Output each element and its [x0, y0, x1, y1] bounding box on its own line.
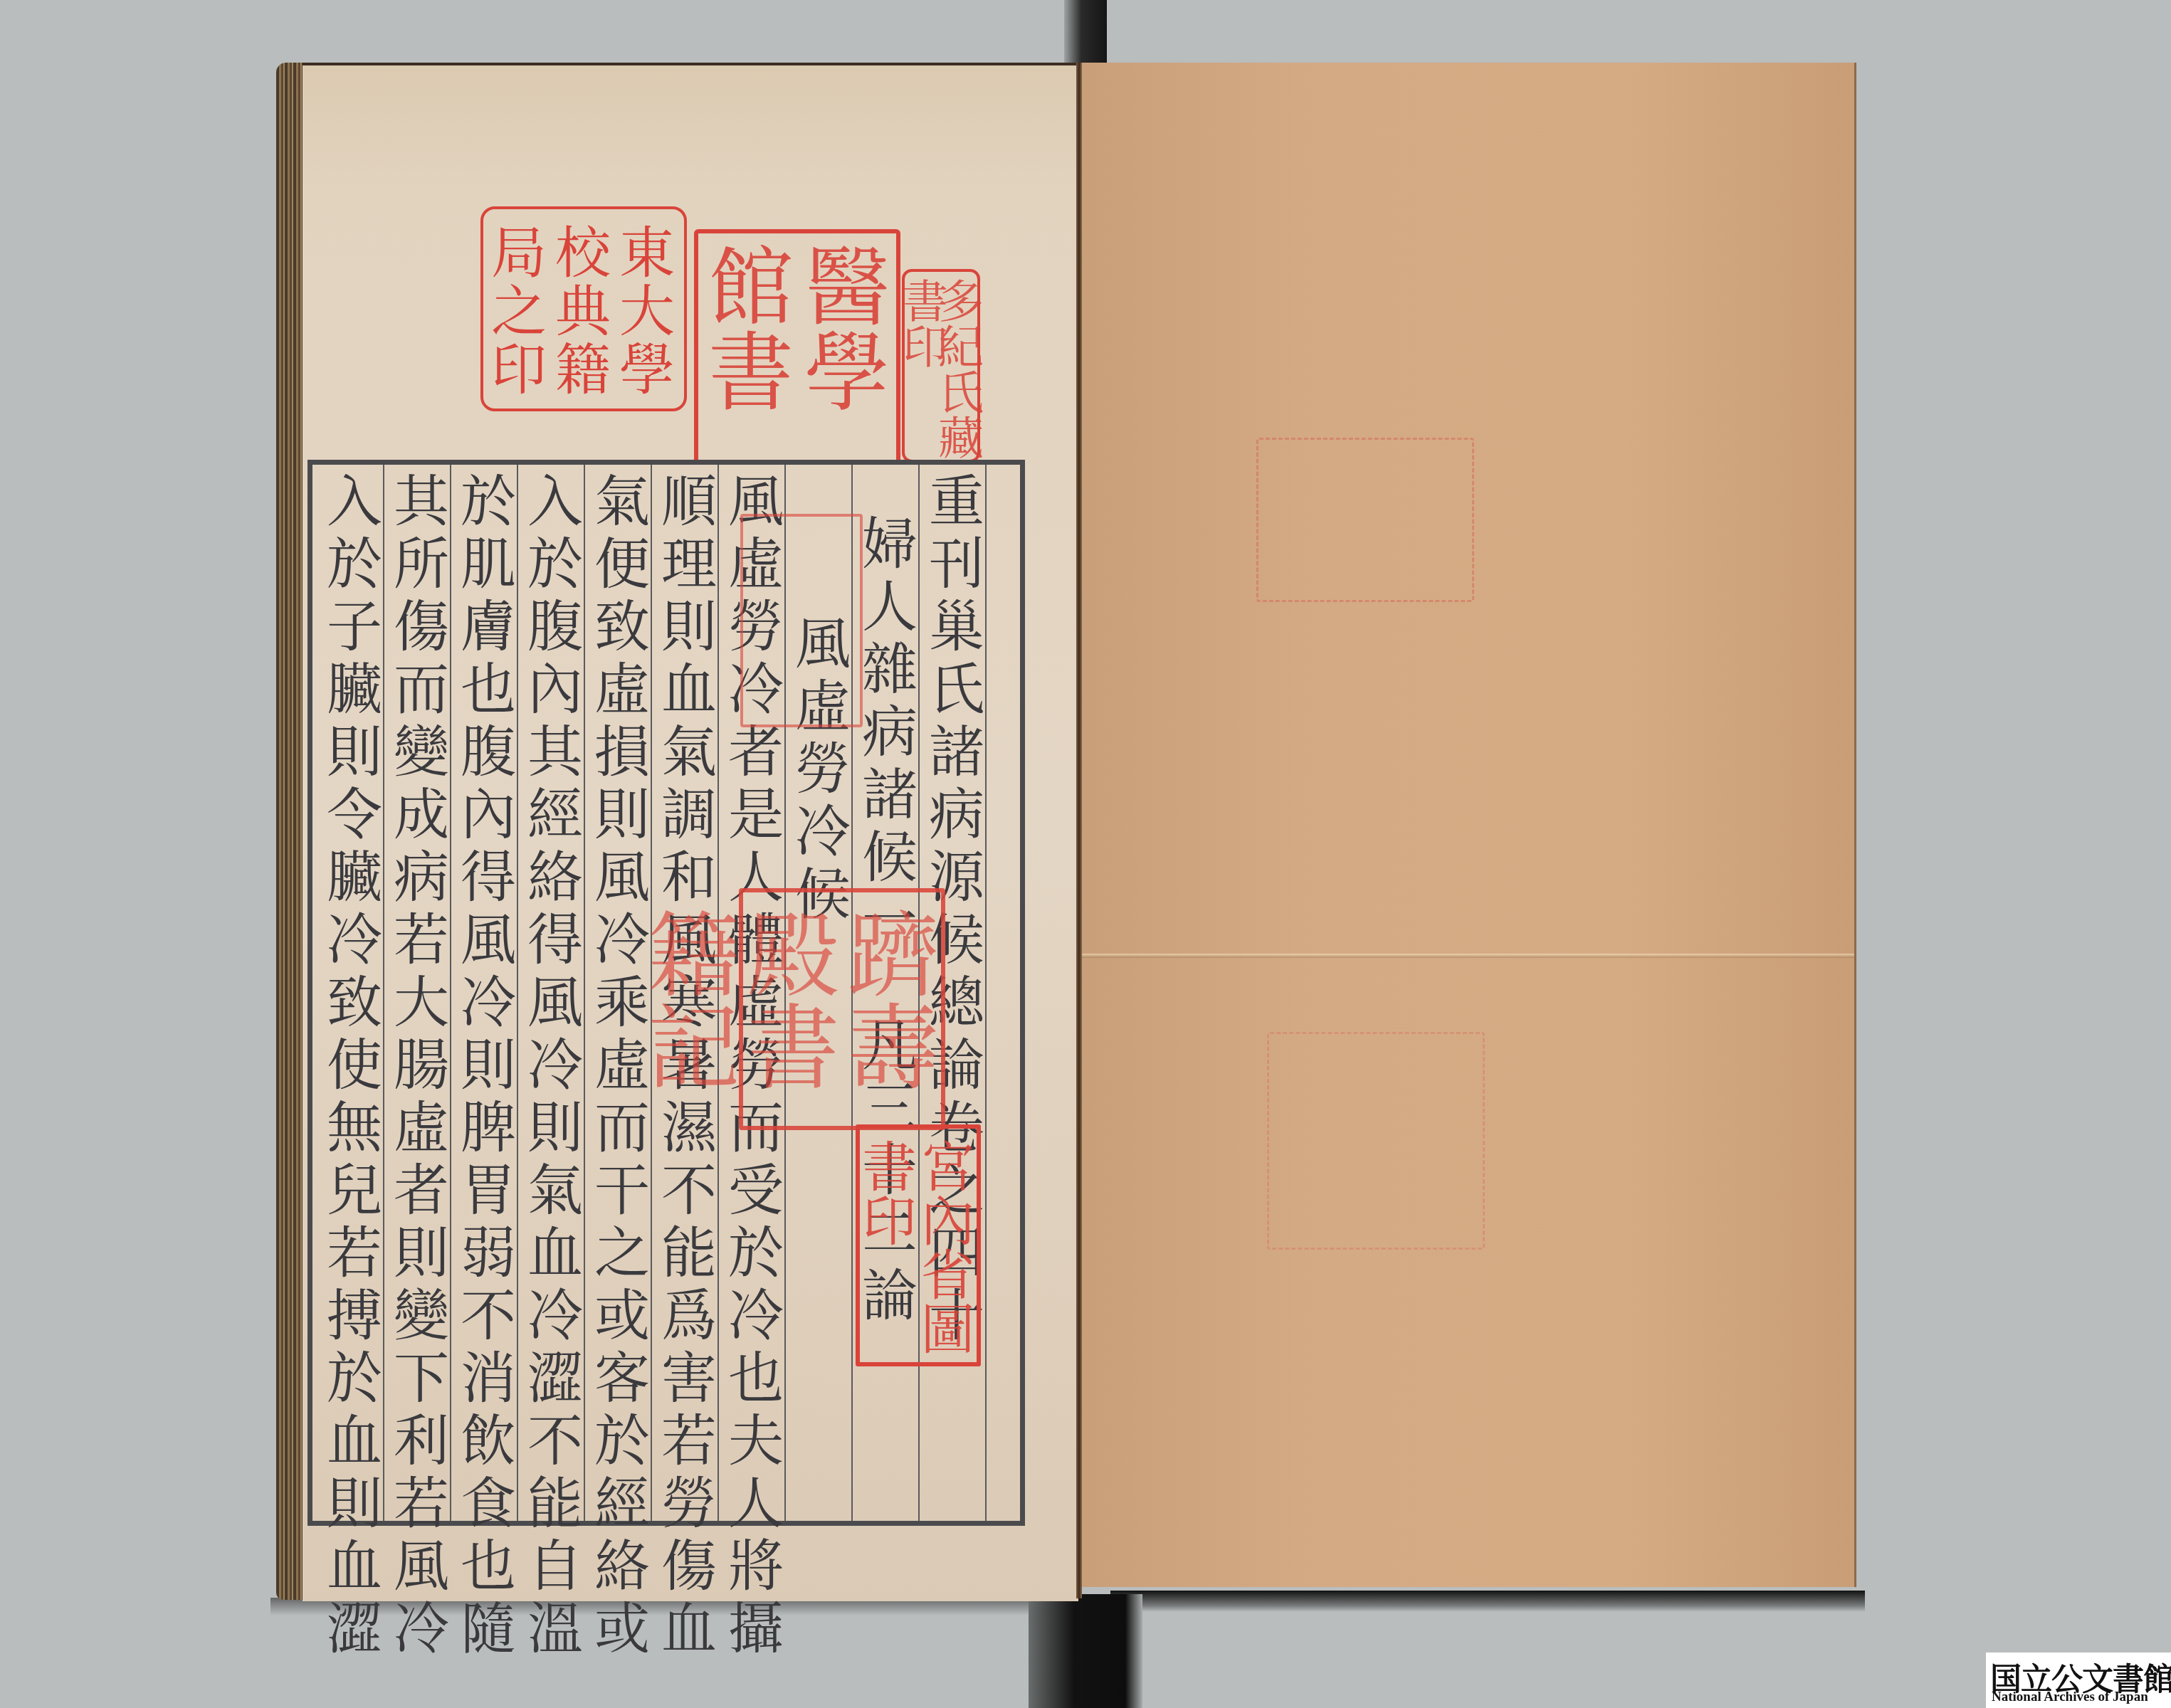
seal-taki-collection: 多紀氏藏書印 — [902, 269, 980, 463]
watermark-english: National Archives of Japan — [1992, 1689, 2148, 1705]
seal-text: 醫學館書 — [695, 242, 888, 455]
text-column: 入於子臟則令臟冷致使無兒若搏於血則血澀 — [317, 472, 382, 1662]
seal-university-library: 東大學校典籍局之印 — [480, 206, 687, 411]
page-shadow-right — [1110, 1591, 1865, 1612]
seal-jijuden-library: 躋壽殿書籍記 — [739, 888, 945, 1130]
gutter-shadow-top — [1064, 0, 1107, 64]
text-column: 其所傷而變成病若大腸虛者則變下利若風冷 — [384, 472, 449, 1662]
right-page — [1082, 63, 1856, 1587]
text-column: 入於腹內其經絡得風冷則氣血冷澀不能自溫 — [517, 472, 583, 1662]
page-gutter — [1076, 63, 1082, 1598]
seal-medical-academy: 醫學館書 — [694, 229, 900, 464]
paper-crease — [1082, 954, 1854, 958]
faint-seal-bleed — [1256, 438, 1474, 602]
seal-faint-overprint — [740, 514, 863, 727]
gutter-shadow-bottom — [1029, 1594, 1142, 1708]
seal-text: 躋壽殿書籍記 — [636, 907, 935, 1127]
column-rule — [985, 465, 987, 1521]
seal-text: 多紀氏藏書印 — [903, 278, 974, 463]
archive-watermark: 国立公文書館 National Archives of Japan — [1986, 1652, 2171, 1708]
faint-seal-bleed — [1267, 1032, 1485, 1250]
text-column: 於肌膚也腹內得風冷則脾胃弱不消飲食也隨 — [451, 472, 516, 1662]
book-binding-edge — [276, 63, 306, 1600]
seal-imperial-household: 宮內省圖書印 — [856, 1124, 981, 1366]
seal-text: 東大學校典籍局之印 — [482, 223, 674, 401]
seal-text: 宮內省圖書印 — [856, 1139, 972, 1359]
